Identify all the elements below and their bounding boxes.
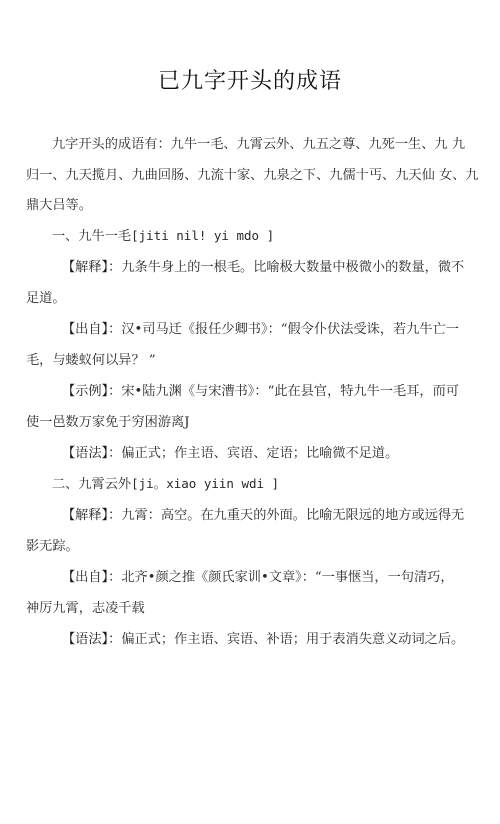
explain-tag: 【解释】: [62, 260, 108, 275]
section-1-example: 【示例】：宋•陆九渊《与宋漕书》：“此在县官，特九牛一毛耳，而可: [62, 380, 459, 399]
section-1-source-cont: 毛，与蝼蚁何以异？ ”: [26, 349, 156, 368]
section-2-heading-cn: 二、九霄云外: [52, 477, 131, 492]
section-2-explain: 【解释】：九霄：高空。在九重天的外面。比喻无限远的地方或远得无: [62, 504, 464, 523]
document-title: 已九字开头的成语: [0, 64, 500, 95]
section-1-heading-cn: 一、九牛一毛: [52, 229, 131, 244]
intro-line-3: 鼎大吕等。: [26, 194, 92, 213]
grammar-tag: 【语法】: [62, 632, 108, 647]
intro-line-1: 九字开头的成语有：九牛一毛、九霄云外、九五之尊、九死一生、九 九: [52, 133, 465, 152]
intro-line-2: 归一、九天揽月、九曲回肠、九流十家、九泉之下、九儒十丐、九天仙 女、九: [26, 164, 479, 183]
explain-text: ：九霄：高空。在九重天的外面。比喻无限远的地方或远得无: [108, 508, 464, 523]
example-text: ：宋•陆九渊《与宋漕书》：“此在县官，特九牛一毛耳，而可: [108, 384, 459, 399]
grammar-tag: 【语法】: [62, 446, 108, 461]
explain-tag: 【解释】: [62, 508, 108, 523]
grammar-text: ：偏正式；作主语、宾语、定语；比喻微不足道。: [108, 446, 398, 461]
section-1-source: 【出自】：汉•司马迁《报任少卿书》：“假令仆伏法受诛，若九牛亡一: [62, 318, 459, 337]
section-2-heading: 二、九霄云外[ji。xiao yiin wdi ]: [52, 473, 279, 492]
section-1-pinyin: [jiti nil! yi mdo ]: [131, 228, 274, 243]
section-2-explain-cont: 影无踪。: [26, 535, 79, 554]
source-tag: 【出自】: [62, 570, 108, 585]
grammar-text: ：偏正式；作主语、宾语、补语；用于表消失意义动词之后。: [108, 632, 464, 647]
source-tag: 【出自】: [62, 322, 108, 337]
section-1-grammar: 【语法】：偏正式；作主语、宾语、定语；比喻微不足道。: [62, 442, 398, 461]
example-tag: 【示例】: [62, 384, 108, 399]
section-1-explain-cont: 足道。: [26, 287, 66, 306]
section-1-example-cont: 使一邑数万家免于穷困游离J: [26, 411, 190, 430]
source-text: ：北齐•颜之推《颜氏家训•文章》：“一事惬当，一句清巧，: [108, 570, 453, 585]
section-1-heading: 一、九牛一毛[jiti nil! yi mdo ]: [52, 225, 274, 244]
section-1-explain: 【解释】：九条牛身上的一根毛。比喻极大数量中极微小的数量，微不: [62, 256, 464, 275]
section-2-source-cont: 神厉九霄，志凌千载: [26, 597, 145, 616]
source-text: ：汉•司马迁《报任少卿书》：“假令仆伏法受诛，若九牛亡一: [108, 322, 459, 337]
section-2-grammar: 【语法】：偏正式；作主语、宾语、补语；用于表消失意义动词之后。: [62, 628, 464, 647]
section-2-pinyin: [ji。xiao yiin wdi ]: [131, 476, 279, 491]
section-2-source: 【出自】：北齐•颜之推《颜氏家训•文章》：“一事惬当，一句清巧，: [62, 566, 454, 585]
explain-text: ：九条牛身上的一根毛。比喻极大数量中极微小的数量，微不: [108, 260, 464, 275]
